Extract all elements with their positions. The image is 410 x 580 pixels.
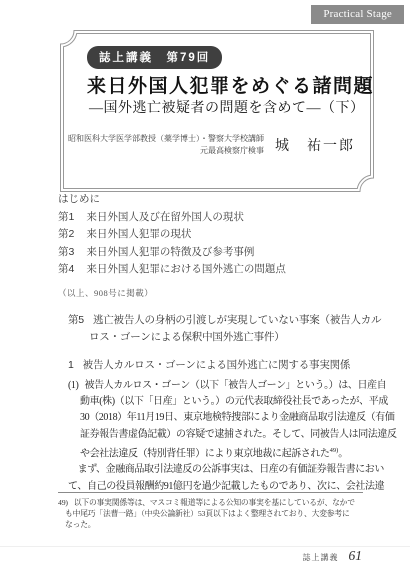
- table-of-contents: はじめに 第1来日外国人及び在留外国人の現状 第2来日外国人犯罪の現状 第3来日…: [58, 191, 286, 303]
- page-footer: 誌上講義 61: [303, 548, 363, 564]
- article-title: 来日外国人犯罪をめぐる諸問題: [87, 71, 374, 98]
- toc-item-number: 第3: [58, 246, 74, 258]
- toc-item-label: 来日外国人及び在留外国人の現状: [86, 211, 244, 223]
- affiliation-line-1: 昭和医科大学医学部教授（薬学博士）・警察大学校講師: [68, 133, 264, 145]
- item-marker: (1): [68, 380, 78, 391]
- affiliation-line-2: 元最高検察庁検事: [68, 145, 264, 157]
- footnote-divider: [58, 492, 363, 493]
- article-subtitle: ―国外逃亡被疑者の問題を含めて―（下）: [89, 97, 365, 117]
- footnote-text: 以下の事実関係等は、マスコミ報道等による公知の事実を基にしているが、なかで: [74, 498, 355, 507]
- toc-item-number: 第1: [58, 211, 74, 223]
- footnote-reference: 49): [330, 447, 339, 454]
- body-line-text: 。: [338, 448, 348, 459]
- body-line: 30（2018）年11月19日、東京地検特捜部により金融商品取引法違反（有価: [68, 410, 397, 426]
- document-page: Practical Stage 誌上講義 第79回 来日外国人犯罪をめぐる諸問題…: [0, 0, 410, 580]
- toc-item: 第1来日外国人及び在留外国人の現状: [58, 209, 286, 227]
- subsection1-text: 被告人カルロス・ゴーンによる国外逃亡に関する事実関係: [83, 359, 351, 371]
- footnote-number: 49): [58, 498, 68, 507]
- body-line: (1)被告人カルロス・ゴーン（以下「被告人ゴーン」という。）は、日産自: [68, 378, 397, 394]
- toc-item: 第3来日外国人犯罪の特徴及び参考事例: [58, 244, 286, 262]
- practical-stage-badge: Practical Stage: [311, 5, 404, 24]
- author-affiliation: 昭和医科大学医学部教授（薬学博士）・警察大学校講師 元最高検察庁検事: [68, 133, 264, 157]
- author-name: 城 祐一郎: [275, 135, 355, 155]
- body-paragraphs: (1)被告人カルロス・ゴーン（以下「被告人ゴーン」という。）は、日産自 動車(株…: [68, 378, 397, 495]
- subsection1-heading: 1被告人カルロス・ゴーンによる国外逃亡に関する事実関係: [68, 357, 350, 372]
- footnote: 49)以下の事実関係等は、マスコミ報道等による公知の事実を基にしているが、なかで…: [58, 497, 355, 530]
- body-line: や会社法違反（特別背任罪）により東京地裁に起訴された49)。: [68, 443, 397, 463]
- title-frame: 誌上講義 第79回 来日外国人犯罪をめぐる諸問題 ―国外逃亡被疑者の問題を含めて…: [60, 30, 374, 192]
- footnote-line: も中尾巧「法曹一路」（中央公論新社）53頁以下はよく整理されており、大変参考に: [58, 508, 355, 519]
- toc-item-label: 来日外国人犯罪の特徴及び参考事例: [86, 246, 254, 258]
- toc-intro: はじめに: [58, 191, 286, 209]
- toc-item: 第4来日外国人犯罪における国外逃亡の問題点: [58, 261, 286, 279]
- section5-heading-line2: ロス・ゴーンによる保釈中国外逃亡事件）: [68, 329, 381, 346]
- section5-text: 逃亡被告人の身柄の引渡しが実現していない事案（被告人カル: [93, 314, 381, 326]
- toc-item-label: 来日外国人犯罪における国外逃亡の問題点: [86, 263, 286, 275]
- footer-section-label: 誌上講義: [303, 552, 339, 563]
- toc-item-number: 第2: [58, 228, 74, 240]
- toc-item: 第2来日外国人犯罪の現状: [58, 226, 286, 244]
- toc-item-number: 第4: [58, 263, 74, 275]
- body-line-text: 被告人カルロス・ゴーン（以下「被告人ゴーン」という。）は、日産自: [84, 380, 386, 391]
- body-line: 証券報告書虚偽記載）の容疑で逮捕された。そして、同被告人は同法違反: [68, 427, 397, 443]
- byline: 昭和医科大学医学部教授（薬学博士）・警察大学校講師 元最高検察庁検事 城 祐一郎: [80, 133, 355, 157]
- body-line: 動車(株)（以下「日産」という。）の元代表取締役社長であったが、平成: [68, 394, 397, 410]
- footnote-line: 49)以下の事実関係等は、マスコミ報道等による公知の事実を基にしているが、なかで: [58, 497, 355, 508]
- footer-divider: [0, 546, 410, 547]
- toc-note: （以上、908号に掲載）: [58, 285, 286, 303]
- toc-item-label: 来日外国人犯罪の現状: [86, 228, 191, 240]
- section5-heading-line1: 第5逃亡被告人の身柄の引渡しが実現していない事案（被告人カル: [68, 312, 381, 329]
- body-line-text: や会社法違反（特別背任罪）により東京地裁に起訴された: [80, 448, 330, 459]
- series-badge: 誌上講義 第79回: [87, 46, 222, 69]
- section5-heading: 第5逃亡被告人の身柄の引渡しが実現していない事案（被告人カル ロス・ゴーンによる…: [68, 312, 381, 345]
- footnote-line: なった。: [58, 519, 355, 530]
- body-line: まず、金融商品取引法違反の公訴事実は、日産の有価証券報告書におい: [68, 462, 397, 478]
- subsection1-number: 1: [68, 359, 74, 371]
- section5-number: 第5: [68, 314, 84, 326]
- footer-page-number: 61: [349, 548, 363, 564]
